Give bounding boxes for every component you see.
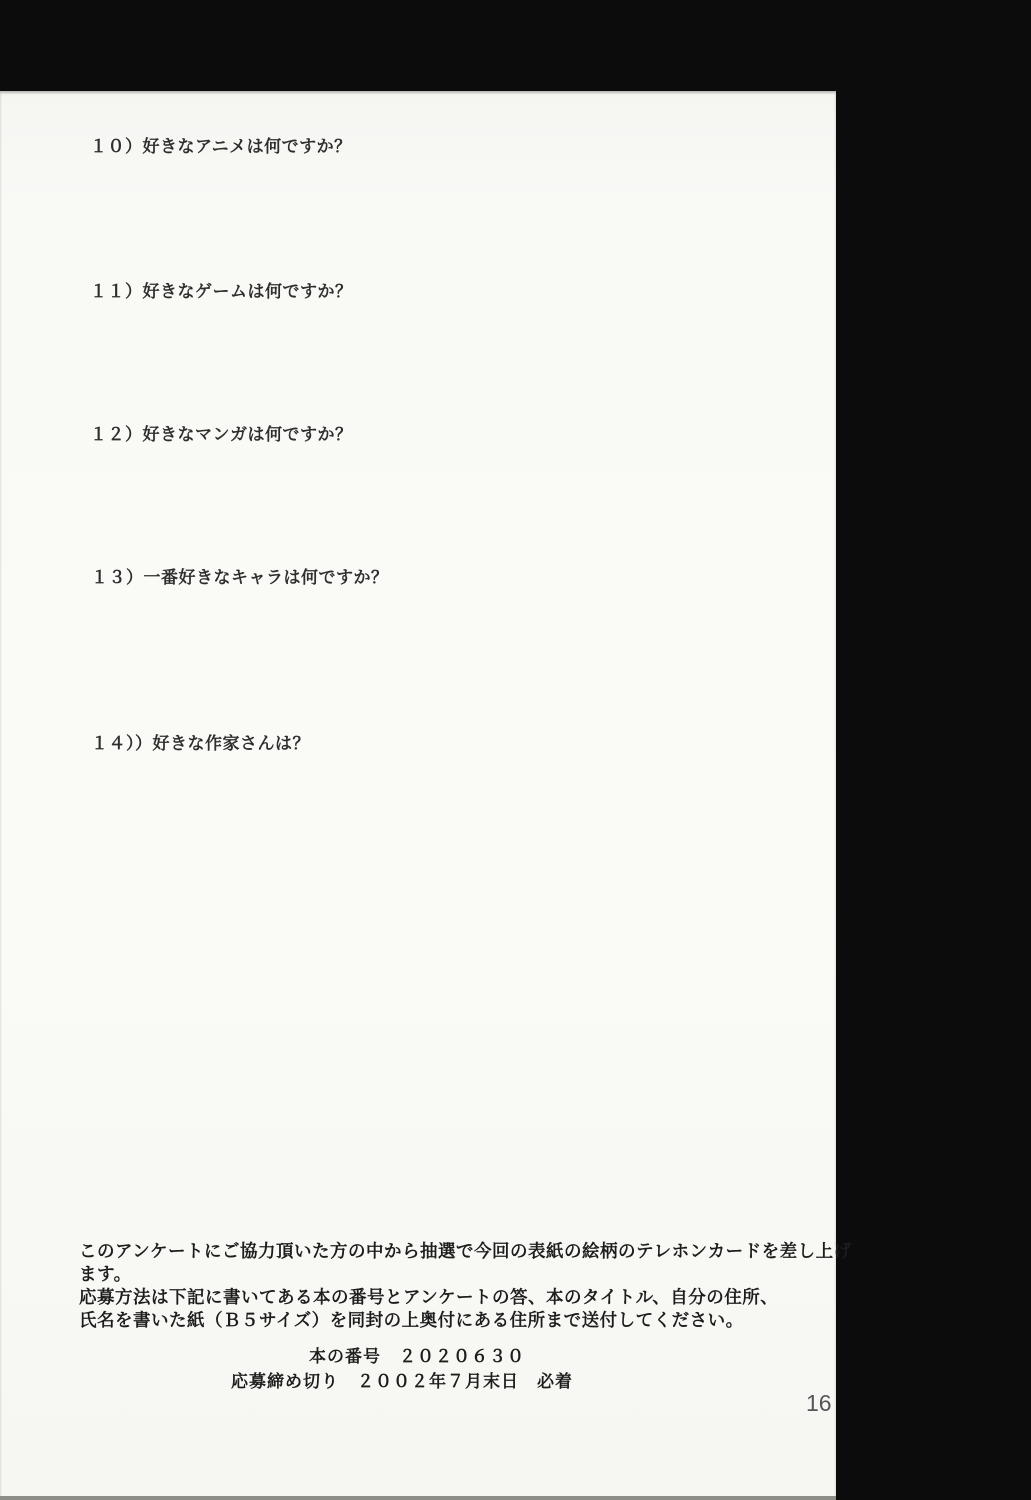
submission-deadline-line: 応募締め切り ２００２年７月末日 必着 <box>231 1367 573 1392</box>
question-10-favorite-anime: １０）好きなアニメは何ですか？ <box>90 132 352 157</box>
page-bottom-edge-shadow <box>0 1496 836 1500</box>
questionnaire-page: １０）好きなアニメは何ですか？ １１）好きなゲームは何ですか？ １２）好きなマン… <box>0 91 836 1500</box>
notice-line-4: 氏名を書いた紙（Ｂ５サイズ）を同封の上奥付にある住所まで送付してください。 <box>79 1310 839 1333</box>
book-number-line: 本の番号 ２０２０６３０ <box>309 1342 525 1367</box>
question-12-favorite-manga: １２）好きなマンガは何ですか？ <box>90 420 353 445</box>
question-13-favorite-character: １３）一番好きなキャラは何ですか？ <box>91 563 389 588</box>
question-14-favorite-author: １４））好きな作家さんは？ <box>91 729 310 754</box>
notice-line-3: 応募方法は下記に書いてある本の番号とアンケートの答、本のタイトル、自分の住所、 <box>79 1287 839 1310</box>
scan-background: １０）好きなアニメは何ですか？ １１）好きなゲームは何ですか？ １２）好きなマン… <box>0 0 1031 1500</box>
prize-notice-paragraph: このアンケートにご協力頂いた方の中から抽選で今回の表紙の絵柄のテレホンカードを差… <box>79 1241 839 1333</box>
notice-line-1: このアンケートにご協力頂いた方の中から抽選で今回の表紙の絵柄のテレホンカードを差… <box>79 1241 839 1264</box>
question-11-favorite-game: １１）好きなゲームは何ですか？ <box>90 277 353 302</box>
page-number: 16 <box>806 1390 832 1417</box>
notice-line-2: ます。 <box>79 1264 839 1287</box>
